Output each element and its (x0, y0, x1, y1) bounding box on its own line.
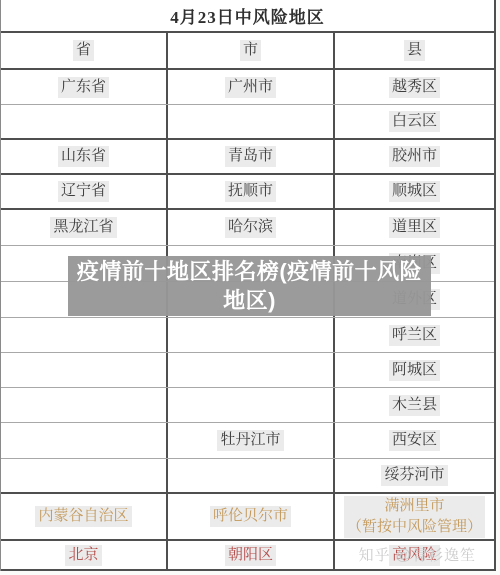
cell-province (1, 318, 166, 352)
table-row-inner-mongolia: 内蒙谷自治区 呼伦贝尔市 满洲里市 （暂按中风险管理） (1, 494, 494, 541)
cell-city: 广州市 (166, 70, 333, 104)
col-header-province-label: 省 (73, 40, 94, 61)
cell-county: 绥芬河市 (333, 459, 494, 492)
page: 4月23日中风险地区 省 市 县 广东省 广州市 越秀区 白云区 山东省 青岛市… (0, 0, 500, 575)
col-header-city-label: 市 (240, 40, 261, 61)
cell-city (166, 353, 333, 387)
cell-province (1, 459, 166, 492)
cell-province (1, 388, 166, 422)
table-row: 辽宁省 抚顺市 顺城区 (1, 175, 494, 210)
table-row: 广东省 广州市 越秀区 (1, 70, 494, 105)
cell-province: 山东省 (1, 140, 166, 173)
table-row: 阿城区 (1, 353, 494, 388)
cell-city (166, 318, 333, 352)
cell-province: 北京 (1, 541, 166, 569)
col-header-city: 市 (166, 33, 333, 68)
table-row: 木兰县 (1, 388, 494, 423)
cell-province: 黑龙江省 (1, 210, 166, 245)
cell-province (1, 353, 166, 387)
cell-county: 顺城区 (333, 175, 494, 208)
cell-city: 青岛市 (166, 140, 333, 173)
cell-city: 牡丹江市 (166, 423, 333, 458)
cell-county: 满洲里市 （暂按中风险管理） (333, 494, 494, 539)
col-header-province: 省 (1, 33, 166, 68)
cell-county: 胶州市 (333, 140, 494, 173)
cell-city (166, 105, 333, 138)
col-header-county: 县 (333, 33, 494, 68)
cell-county: 道里区 (333, 210, 494, 245)
table-row: 牡丹江市 西安区 (1, 423, 494, 459)
cell-county: 白云区 (333, 105, 494, 138)
table-row: 绥芬河市 (1, 459, 494, 494)
table-row: 山东省 青岛市 胶州市 (1, 140, 494, 175)
cell-province (1, 423, 166, 458)
cell-city (166, 459, 333, 492)
table-title: 4月23日中风险地区 (1, 0, 494, 33)
headline-line2: 地区) (223, 286, 276, 315)
cell-county: 呼兰区 (333, 318, 494, 352)
cell-city: 哈尔滨 (166, 210, 333, 245)
cell-county: 西安区 (333, 423, 494, 458)
table-header-row: 省 市 县 (1, 33, 494, 70)
cell-county: 阿城区 (333, 353, 494, 387)
cell-province: 辽宁省 (1, 175, 166, 208)
cell-city: 抚顺市 (166, 175, 333, 208)
watermark: 知乎 @青衫逸笙 (359, 544, 476, 565)
table-row: 白云区 (1, 105, 494, 140)
cell-province: 广东省 (1, 70, 166, 104)
cell-city (166, 388, 333, 422)
cell-county: 越秀区 (333, 70, 494, 104)
table-row: 黑龙江省 哈尔滨 道里区 (1, 210, 494, 246)
cell-city: 朝阳区 (166, 541, 333, 569)
cell-province: 内蒙谷自治区 (1, 494, 166, 539)
headline-line1: 疫情前十地区排名榜(疫情前十风险 (77, 257, 422, 286)
cell-county: 木兰县 (333, 388, 494, 422)
headline-banner: 疫情前十地区排名榜(疫情前十风险 地区) (68, 256, 431, 316)
cell-province (1, 105, 166, 138)
table-row: 呼兰区 (1, 318, 494, 353)
cell-city: 呼伦贝尔市 (166, 494, 333, 539)
col-header-county-label: 县 (404, 40, 425, 61)
